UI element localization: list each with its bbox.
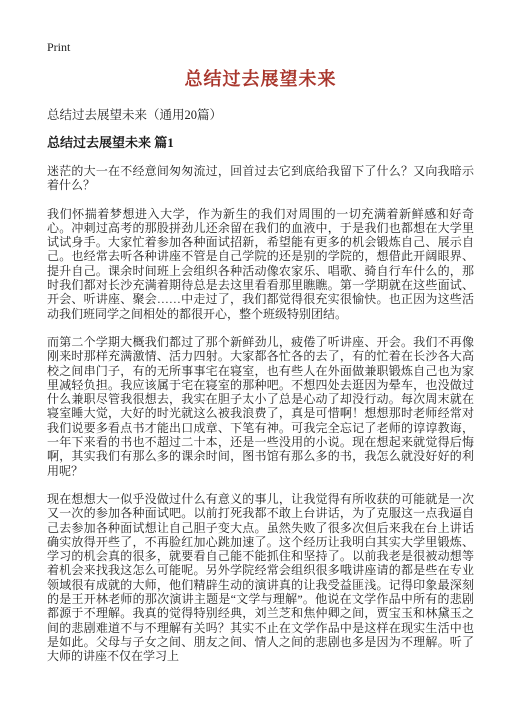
body-paragraph: 而第二个学期大概我们都过了那个新鲜劲儿，疲倦了听讲座、开会。我们不再像刚来时那样… xyxy=(47,335,474,478)
article-subtitle: 总结过去展望未来（通用20篇） xyxy=(47,108,474,123)
document-page: Print 总结过去展望未来 总结过去展望未来（通用20篇） 总结过去展望未来 … xyxy=(0,0,520,718)
body-paragraph: 我们怀揣着梦想进入大学，作为新生的我们对周围的一切充满着新鲜感和好奇心。冲刺过高… xyxy=(47,207,474,321)
article-body: 迷茫的大一在不经意间匆匆流过，回首过去它到底给我留下了什么？又向我暗示着什么？ … xyxy=(47,164,474,664)
article-title: 总结过去展望未来 xyxy=(47,68,474,90)
body-paragraph: 现在想想大一似乎没做过什么有意义的事儿，让我觉得有所收获的可能就是一次又一次的参… xyxy=(47,492,474,664)
body-paragraph: 迷茫的大一在不经意间匆匆流过，回首过去它到底给我留下了什么？又向我暗示着什么？ xyxy=(47,164,474,193)
section-heading: 总结过去展望未来 篇1 xyxy=(47,135,474,151)
print-link[interactable]: Print xyxy=(47,40,70,54)
